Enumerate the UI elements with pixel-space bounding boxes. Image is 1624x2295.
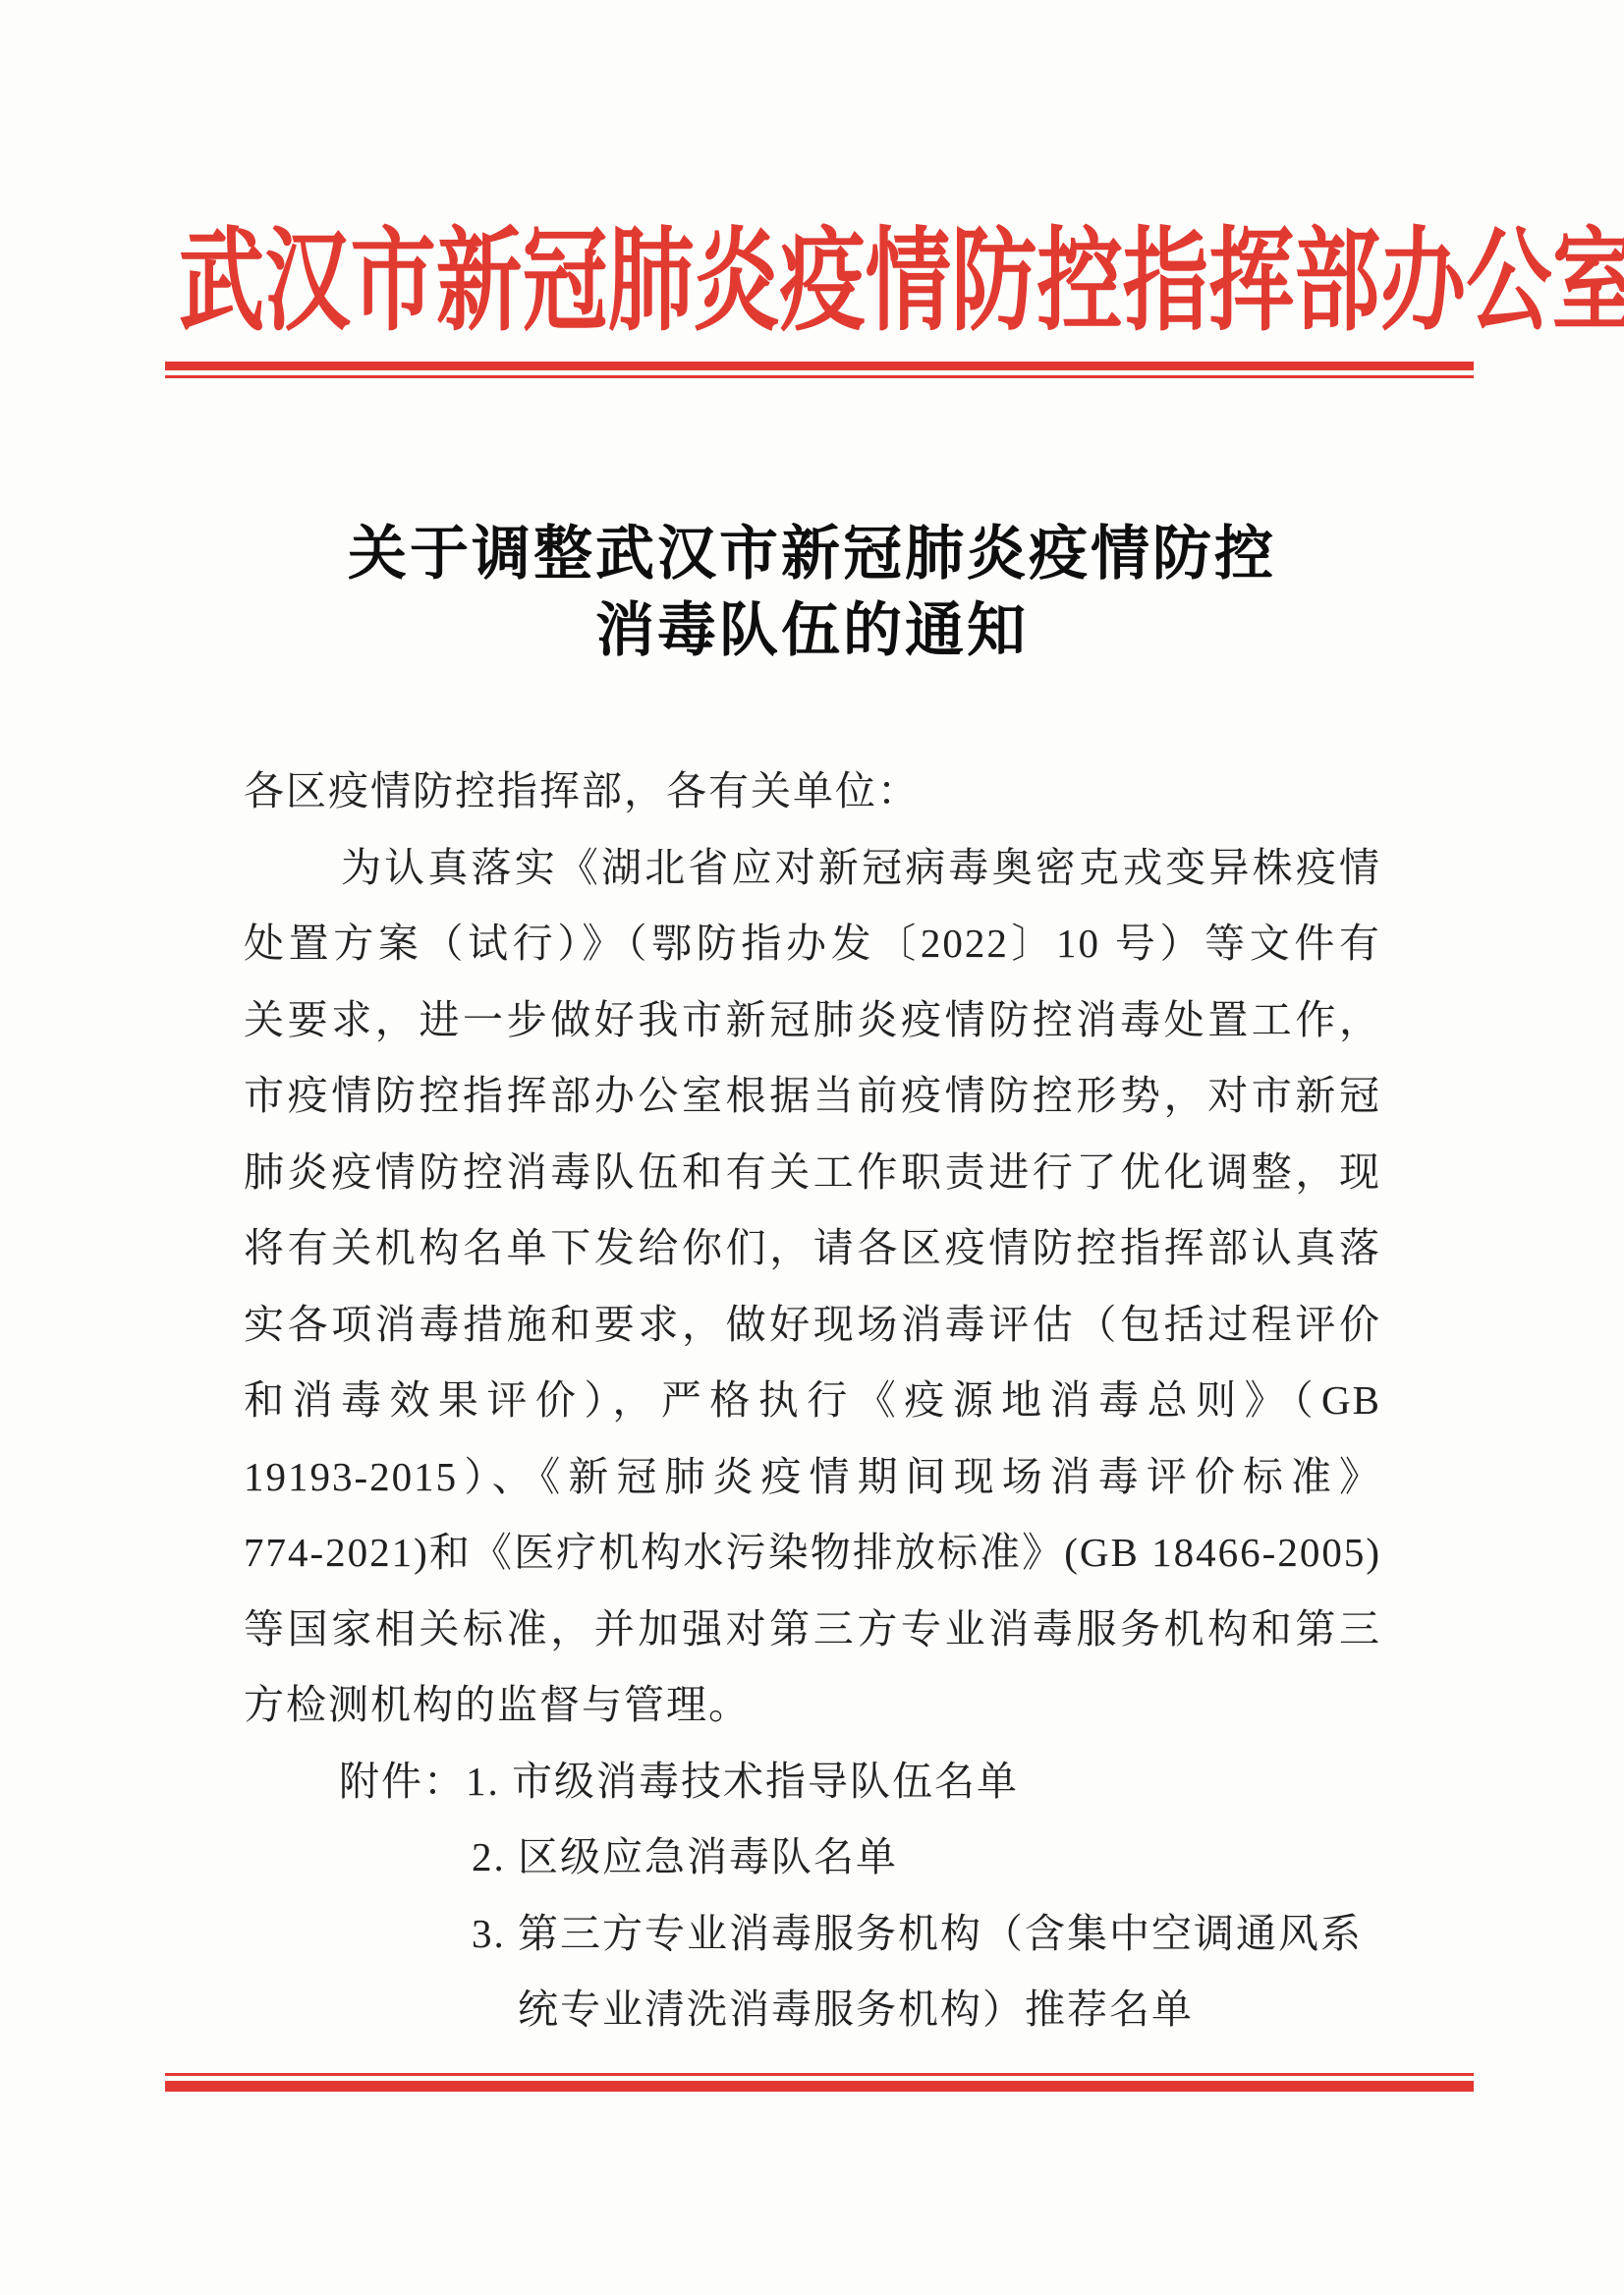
body-line: 关要求，进一步做好我市新冠肺炎疫情防控消毒处置工作， xyxy=(244,982,1381,1059)
body-line: 19193-2015）、《新冠肺炎疫情期间现场消毒评价标准》(WS/T xyxy=(244,1439,1381,1516)
letterhead-org-name: 武汉市新冠肺炎疫情防控指挥部办公室 xyxy=(179,204,1445,361)
body-line: 市疫情防控指挥部办公室根据当前疫情防控形势，对市新冠 xyxy=(244,1058,1381,1135)
attachment-item-2: 2. 区级应急消毒队名单 xyxy=(244,1819,1381,1896)
document-body: 各区疫情防控指挥部，各有关单位： 为认真落实《湖北省应对新冠病毒奥密克戎变异株疫… xyxy=(244,754,1381,2048)
attachment-item-1: 1. 市级消毒技术指导队伍名单 xyxy=(466,1759,1019,1804)
attachment-item-3-line-2: 统专业清洗消毒服务机构）推荐名单 xyxy=(244,1972,1381,2048)
letterhead-separator-thin-line xyxy=(165,375,1474,378)
letterhead-separator-thick-line xyxy=(165,362,1474,370)
footer-separator-thick-line xyxy=(165,2081,1474,2092)
body-line: 和消毒效果评价），严格执行《疫源地消毒总则》（GB xyxy=(244,1363,1381,1439)
body-line: 将有关机构名单下发给你们，请各区疫情防控指挥部认真落 xyxy=(244,1210,1381,1287)
body-line: 实各项消毒措施和要求，做好现场消毒评估（包括过程评价 xyxy=(244,1287,1381,1364)
attachments-line-1: 附件：1. 市级消毒技术指导队伍名单 xyxy=(244,1744,1381,1820)
attachments-label: 附件： xyxy=(339,1759,466,1804)
salutation-line: 各区疫情防控指挥部，各有关单位： xyxy=(244,754,1381,830)
body-line: 方检测机构的监督与管理。 xyxy=(244,1667,1381,1744)
scanned-official-document-page: 武汉市新冠肺炎疫情防控指挥部办公室 关于调整武汉市新冠肺炎疫情防控 消毒队伍的通… xyxy=(0,0,1624,2295)
document-title-line-2: 消毒队伍的通知 xyxy=(0,592,1624,669)
footer-separator-thin-line xyxy=(165,2073,1474,2076)
document-title: 关于调整武汉市新冠肺炎疫情防控 消毒队伍的通知 xyxy=(0,516,1624,669)
body-line: 等国家相关标准，并加强对第三方专业消毒服务机构和第三 xyxy=(244,1592,1381,1668)
attachment-item-3-line-1: 3. 第三方专业消毒服务机构（含集中空调通风系 xyxy=(244,1896,1381,1973)
body-line: 处置方案（试行）》（鄂防指办发〔2022〕10 号）等文件有 xyxy=(244,906,1381,982)
document-title-line-1: 关于调整武汉市新冠肺炎疫情防控 xyxy=(0,516,1624,592)
body-line: 774-2021)和《医疗机构水污染物排放标准》(GB 18466-2005) xyxy=(244,1515,1381,1592)
body-line: 肺炎疫情防控消毒队伍和有关工作职责进行了优化调整，现 xyxy=(244,1135,1381,1211)
body-line: 为认真落实《湖北省应对新冠病毒奥密克戎变异株疫情 xyxy=(244,830,1381,907)
